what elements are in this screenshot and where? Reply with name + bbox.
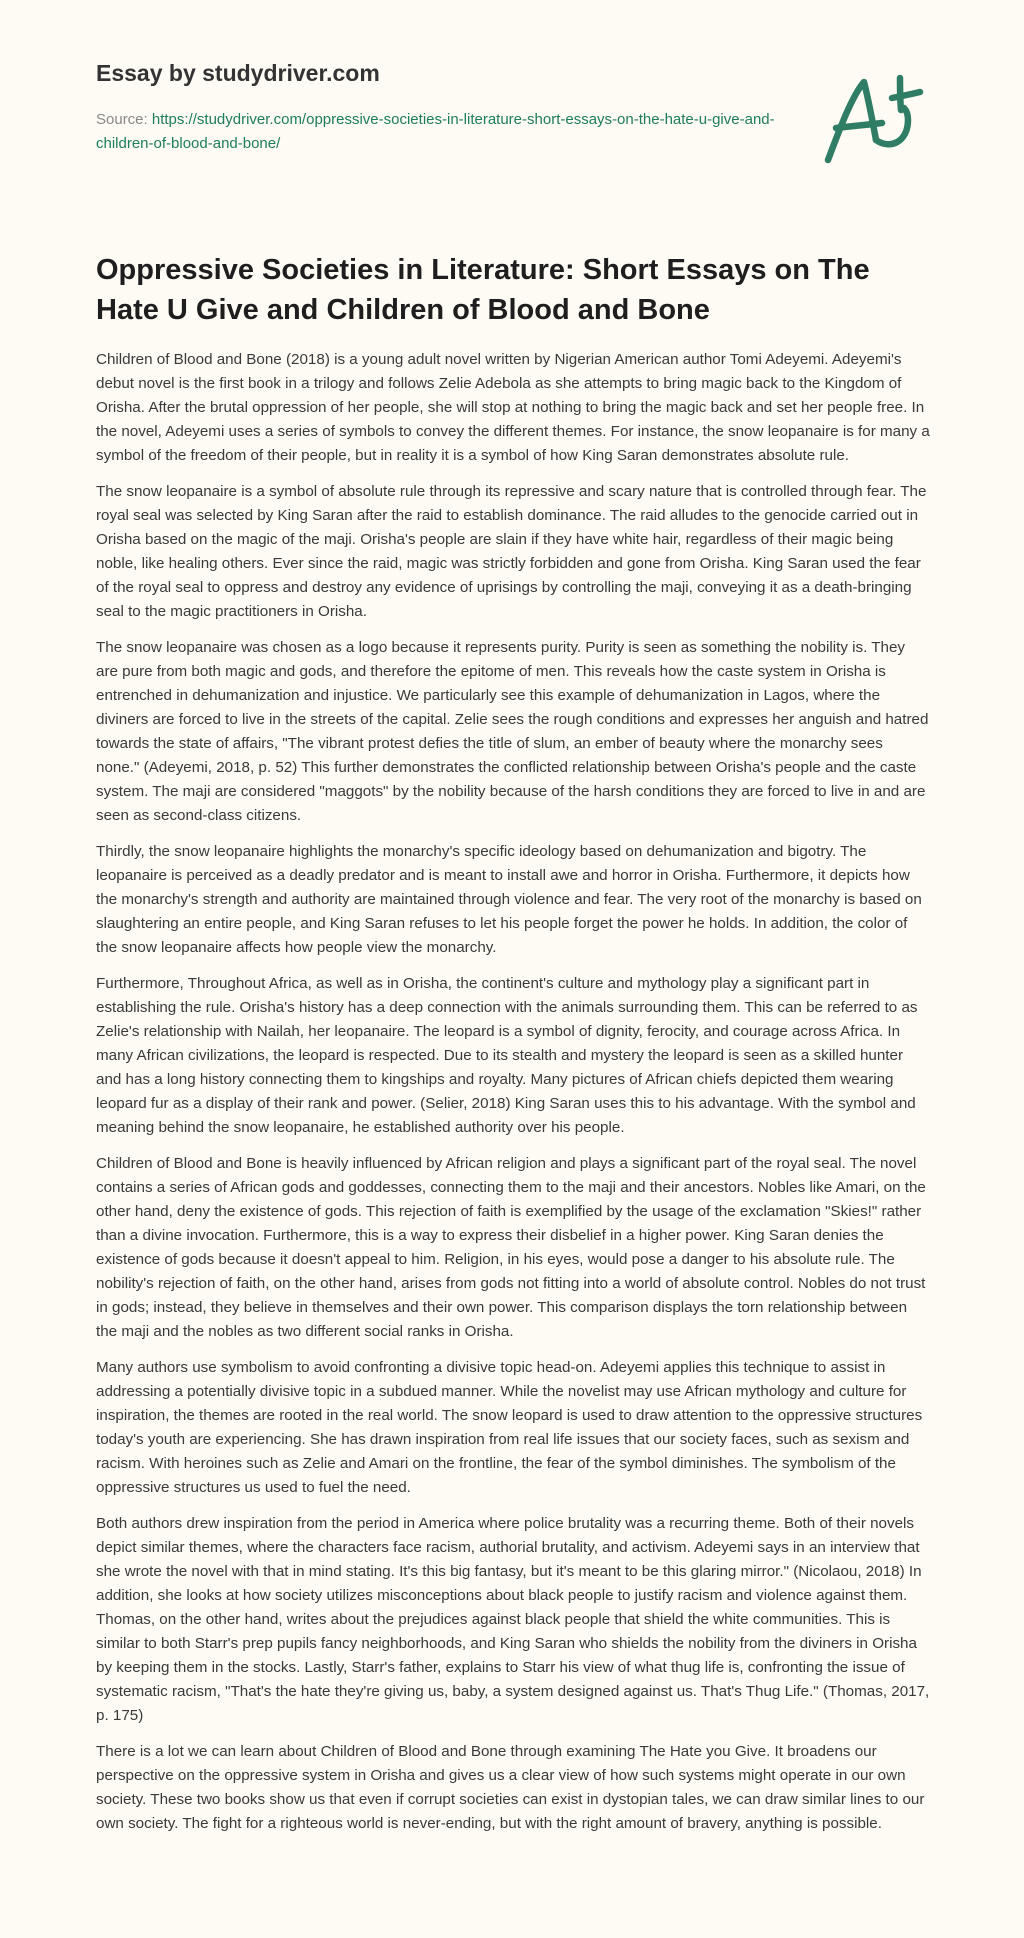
essay-paragraph: Many authors use symbolism to avoid conf… [96, 1356, 930, 1500]
essay-paragraph: Furthermore, Throughout Africa, as well … [96, 972, 930, 1140]
site-title: Essay by studydriver.com [96, 60, 380, 87]
a-plus-grade-icon [820, 68, 930, 168]
essay-paragraph: The snow leopanaire is a symbol of absol… [96, 480, 930, 624]
essay-title: Oppressive Societies in Literature: Shor… [96, 250, 930, 330]
essay-paragraph: Both authors drew inspiration from the p… [96, 1512, 930, 1728]
source-label: Source: [96, 111, 152, 128]
essay-paragraph: Children of Blood and Bone (2018) is a y… [96, 348, 930, 468]
essay-paragraph: The snow leopanaire was chosen as a logo… [96, 636, 930, 828]
source-line: Source: https://studydriver.com/oppressi… [96, 108, 776, 156]
page-header: Essay by studydriver.com Source: https:/… [0, 0, 1024, 210]
essay-paragraph: Children of Blood and Bone is heavily in… [96, 1152, 930, 1344]
essay-paragraph: Thirdly, the snow leopanaire highlights … [96, 840, 930, 960]
essay-content: Oppressive Societies in Literature: Shor… [96, 250, 930, 1848]
essay-paragraph: There is a lot we can learn about Childr… [96, 1740, 930, 1836]
source-link[interactable]: https://studydriver.com/oppressive-socie… [96, 111, 775, 152]
